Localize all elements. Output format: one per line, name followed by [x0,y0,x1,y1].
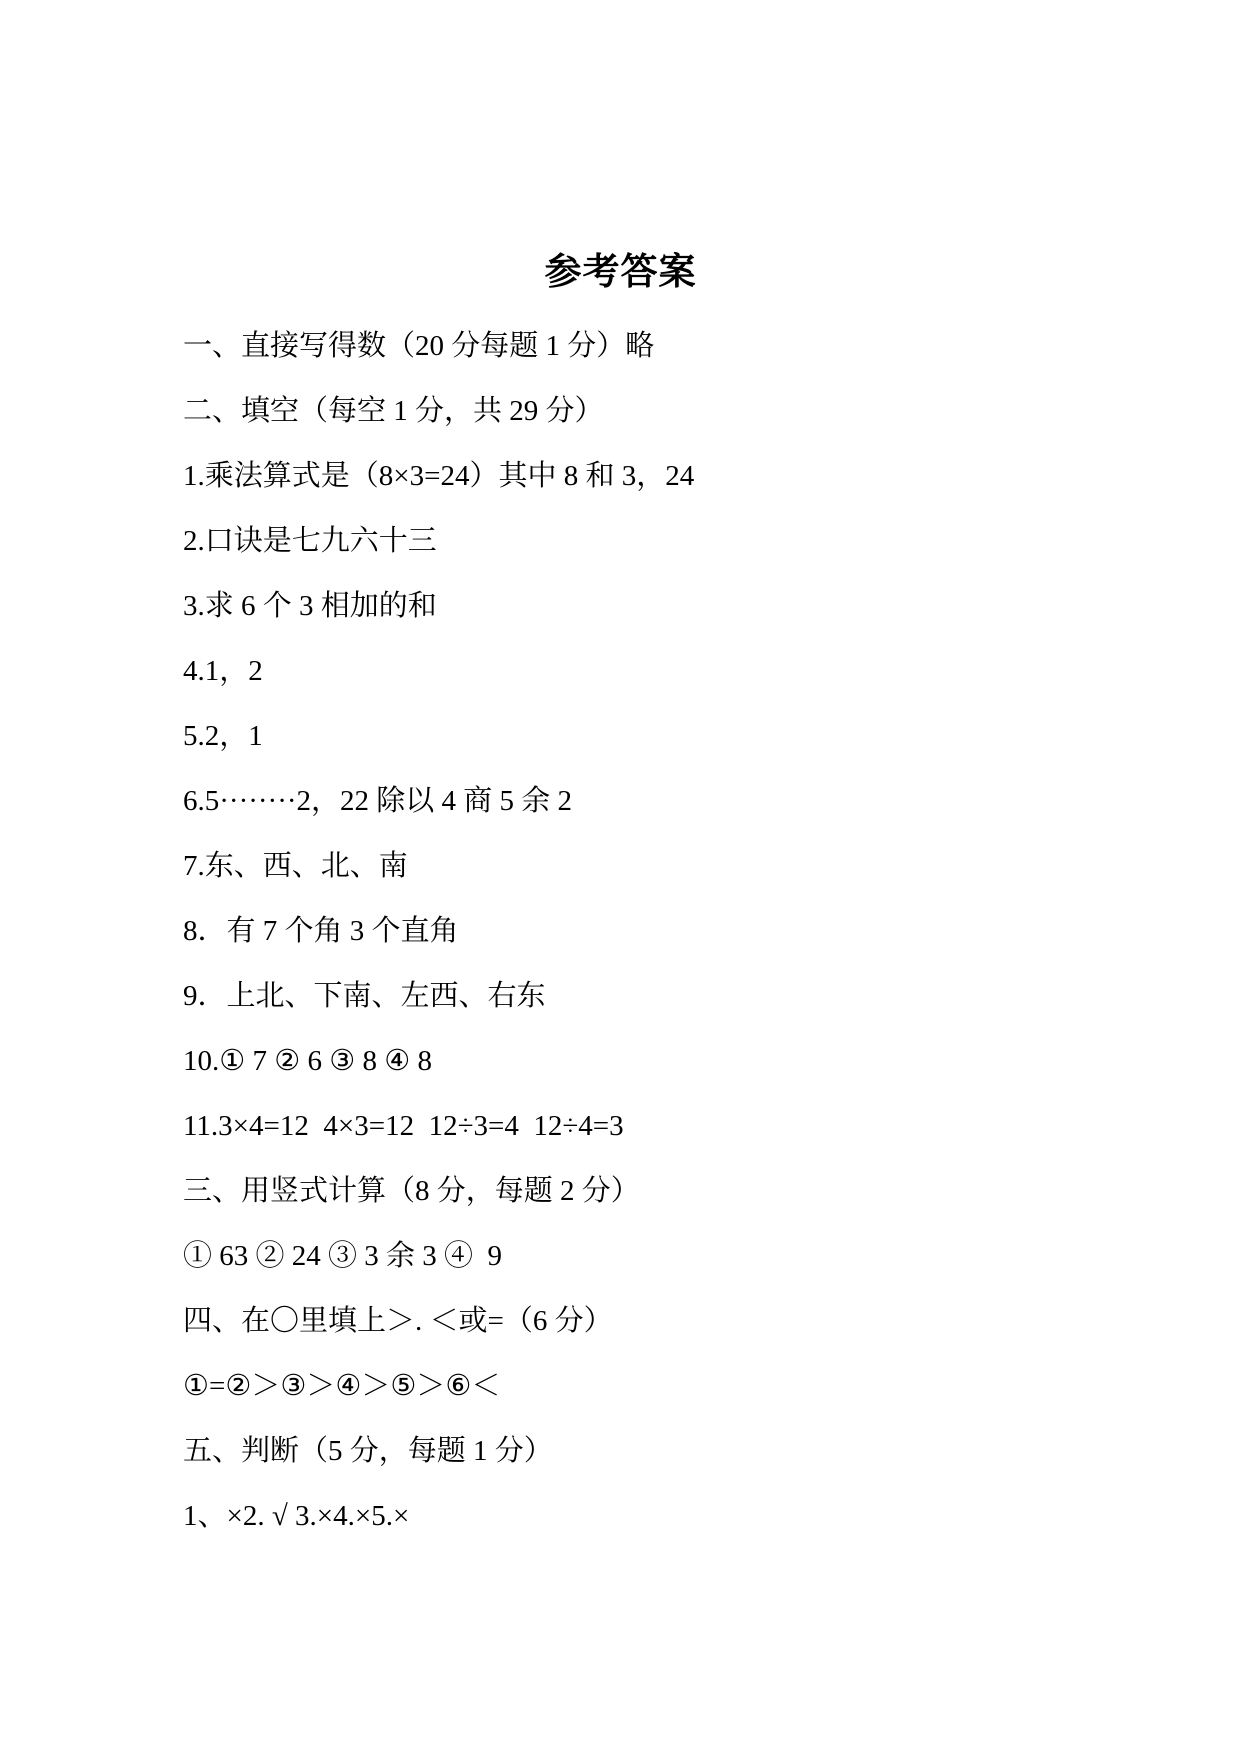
answer-2-q8: 8．有 7 个角 3 个直角 [183,899,1131,964]
answer-2-q6: 6.5········2，22 除以 4 商 5 余 2 [183,769,1131,834]
section-1-heading: 一、直接写得数（20 分每题 1 分）略 [183,314,1131,379]
section-4-heading: 四、在〇里填上＞. ＜或=（6 分） [183,1289,1131,1354]
section-2-heading: 二、填空（每空 1 分，共 29 分） [183,379,1131,444]
answers-content: 一、直接写得数（20 分每题 1 分）略 二、填空（每空 1 分，共 29 分）… [183,314,1131,1549]
answer-4-items: ①=②＞③＞④＞⑤＞⑥＜ [183,1354,1131,1419]
answer-2-q10: 10.① 7 ② 6 ③ 8 ④ 8 [183,1029,1131,1094]
answer-2-q3: 3.求 6 个 3 相加的和 [183,574,1131,639]
answer-2-q2: 2.口诀是七九六十三 [183,509,1131,574]
answer-5-items: 1、×2. √ 3.×4.×5.× [183,1484,1131,1549]
answer-2-q9: 9．上北、下南、左西、右东 [183,964,1131,1029]
answer-3-items: ① 63 ② 24 ③ 3 余 3 ④ 9 [183,1224,1131,1289]
answer-2-q11: 11.3×4=12 4×3=12 12÷3=4 12÷4=3 [183,1094,1131,1159]
answer-sheet-page: 参考答案 一、直接写得数（20 分每题 1 分）略 二、填空（每空 1 分，共 … [0,0,1241,1754]
answer-2-q1: 1.乘法算式是（8×3=24）其中 8 和 3，24 [183,444,1131,509]
document-title: 参考答案 [0,252,1241,294]
answer-2-q7: 7.东、西、北、南 [183,834,1131,899]
section-5-heading: 五、判断（5 分，每题 1 分） [183,1419,1131,1484]
answer-2-q4: 4.1，2 [183,639,1131,704]
section-3-heading: 三、用竖式计算（8 分，每题 2 分） [183,1159,1131,1224]
answer-2-q5: 5.2，1 [183,704,1131,769]
